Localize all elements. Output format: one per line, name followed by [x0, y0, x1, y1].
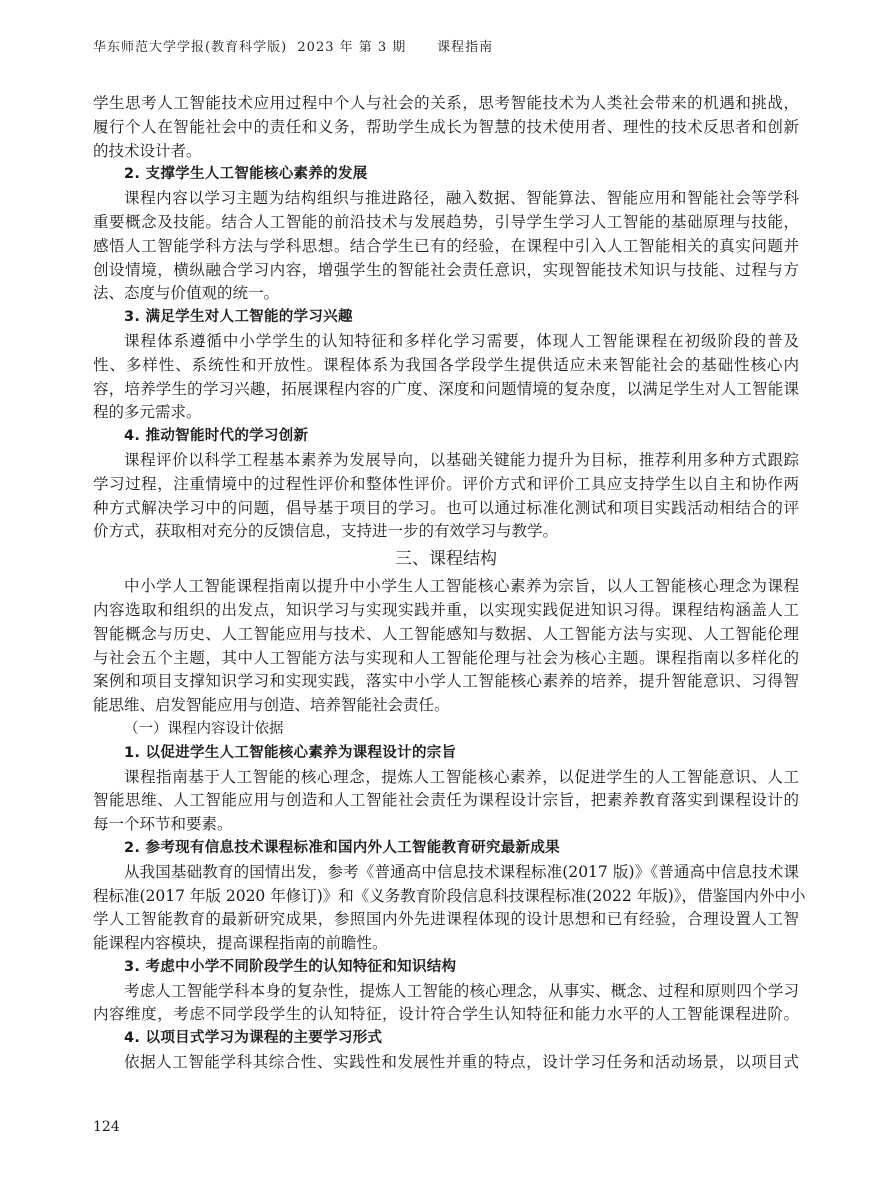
paragraph-line: 能思维、启发智能应用与创造、培养智能社会责任。 — [93, 694, 799, 718]
paragraph-line: 程的多元需求。 — [93, 401, 799, 425]
paragraph-line: 智能概念与历史、人工智能应用与技术、人工智能感知与数据、人工智能方法与实现、人工… — [93, 623, 799, 647]
paragraph-line: 法、态度与价值观的统一。 — [93, 282, 799, 306]
paragraph-line: 创设情境，横纵融合学习内容，增强学生的智能社会责任意识，实现智能技术知识与技能、… — [93, 259, 799, 283]
paragraph-line: 容，培养学生的学习兴趣，拓展课程内容的广度、深度和问题情境的复杂度，以满足学生对… — [93, 378, 799, 402]
paragraph-line: 案例和项目支撑知识学习和实现实践，落实中小学人工智能核心素养的培养，提升智能意识… — [93, 670, 799, 694]
paragraph-line: 种方式解决学习中的问题，倡导基于项目的学习。也可以通过标准化测试和项目实践活动相… — [93, 497, 799, 521]
paragraph-line: 价方式，获取相对充分的反馈信息，支持进一步的有效学习与教学。 — [93, 520, 799, 544]
section-title: 三、课程结构 — [93, 544, 799, 575]
paragraph-line: 课程指南基于人工智能的核心理念，提炼人工智能核心素养，以促进学生的人工智能意识、… — [93, 766, 799, 790]
paragraph-line: 感悟人工智能学科方法与学科思想。结合学生已有的经验，在课程中引入人工智能相关的真… — [93, 235, 799, 259]
paragraph-line: 履行个人在智能社会中的责任和义务，帮助学生成长为智慧的技术使用者、理性的技术反思… — [93, 116, 799, 140]
subheading: 1. 以促进学生人工智能核心素养为课程设计的宗旨 — [93, 742, 799, 766]
paragraph-line: 能课程内容模块，提高课程指南的前瞻性。 — [93, 932, 799, 956]
subsection-title: （一）课程内容设计依据 — [93, 718, 799, 742]
paragraph-line: 程标准(2017 年版 2020 年修订)》和《义务教育阶段信息科技课程标准(2… — [93, 885, 799, 909]
paragraph-line: 的技术设计者。 — [93, 140, 799, 164]
subheading: 3. 考虑中小学不同阶段学生的认知特征和知识结构 — [93, 956, 799, 980]
paragraph-line: 智能思维、人工智能应用与创造和人工智能社会责任为课程设计宗旨，把素养教育落实到课… — [93, 789, 799, 813]
paragraph-line: 学习过程，注重情境中的过程性评价和整体性评价。评价方式和评价工具应支持学生以自主… — [93, 473, 799, 497]
running-head: 华东师范大学学报(教育科学版) 2023 年 第 3 期 课程指南 — [93, 36, 493, 55]
paragraph-line: 学人工智能教育的最新研究成果，参照国内外先进课程体现的设计思想和已有经验，合理设… — [93, 908, 799, 932]
subheading: 2. 参考现有信息技术课程标准和国内外人工智能教育研究最新成果 — [93, 837, 799, 861]
paragraph-line: 内容维度，考虑不同学段学生的认知特征，设计符合学生认知特征和能力水平的人工智能课… — [93, 1003, 799, 1027]
paragraph-line: 课程内容以学习主题为结构组织与推进路径，融入数据、智能算法、智能应用和智能社会等… — [93, 187, 799, 211]
paragraph-line: 中小学人工智能课程指南以提升中小学生人工智能核心素养为宗旨，以人工智能核心理念为… — [93, 575, 799, 599]
page-body: 学生思考人工智能技术应用过程中个人与社会的关系，思考智能技术为人类社会带来的机遇… — [93, 92, 799, 1075]
paragraph-line: 每一个环节和要素。 — [93, 813, 799, 837]
subheading: 4. 推动智能时代的学习创新 — [93, 425, 799, 449]
paragraph-line: 从我国基础教育的国情出发，参考《普通高中信息技术课程标准(2017 版)》《普通… — [93, 861, 799, 885]
paragraph-line: 性、多样性、系统性和开放性。课程体系为我国各学段学生提供适应未来智能社会的基础性… — [93, 354, 799, 378]
paragraph-line: 依据人工智能学科其综合性、实践性和发展性并重的特点，设计学习任务和活动场景，以项… — [93, 1051, 799, 1075]
paragraph-line: 与社会五个主题，其中人工智能方法与实现和人工智能伦理与社会为核心主题。课程指南以… — [93, 647, 799, 671]
paragraph-line: 课程体系遵循中小学学生的认知特征和多样化学习需要，体现人工智能课程在初级阶段的普… — [93, 330, 799, 354]
subheading: 4. 以项目式学习为课程的主要学习形式 — [93, 1027, 799, 1051]
paragraph-line: 内容选取和组织的出发点，知识学习与实现实践并重，以实现实践促进知识习得。课程结构… — [93, 599, 799, 623]
paragraph-line: 课程评价以科学工程基本素养为发展导向，以基础关键能力提升为目标，推荐利用多种方式… — [93, 449, 799, 473]
paragraph-line: 重要概念及技能。结合人工智能的前沿技术与发展趋势，引导学生学习人工智能的基础原理… — [93, 211, 799, 235]
paragraph-line: 考虑人工智能学科本身的复杂性，提炼人工智能的核心理念，从事实、概念、过程和原则四… — [93, 980, 799, 1004]
paragraph-line: 学生思考人工智能技术应用过程中个人与社会的关系，思考智能技术为人类社会带来的机遇… — [93, 92, 799, 116]
subheading: 3. 满足学生对人工智能的学习兴趣 — [93, 306, 799, 330]
page-number: 124 — [93, 1119, 120, 1135]
subheading: 2. 支撑学生人工智能核心素养的发展 — [93, 163, 799, 187]
